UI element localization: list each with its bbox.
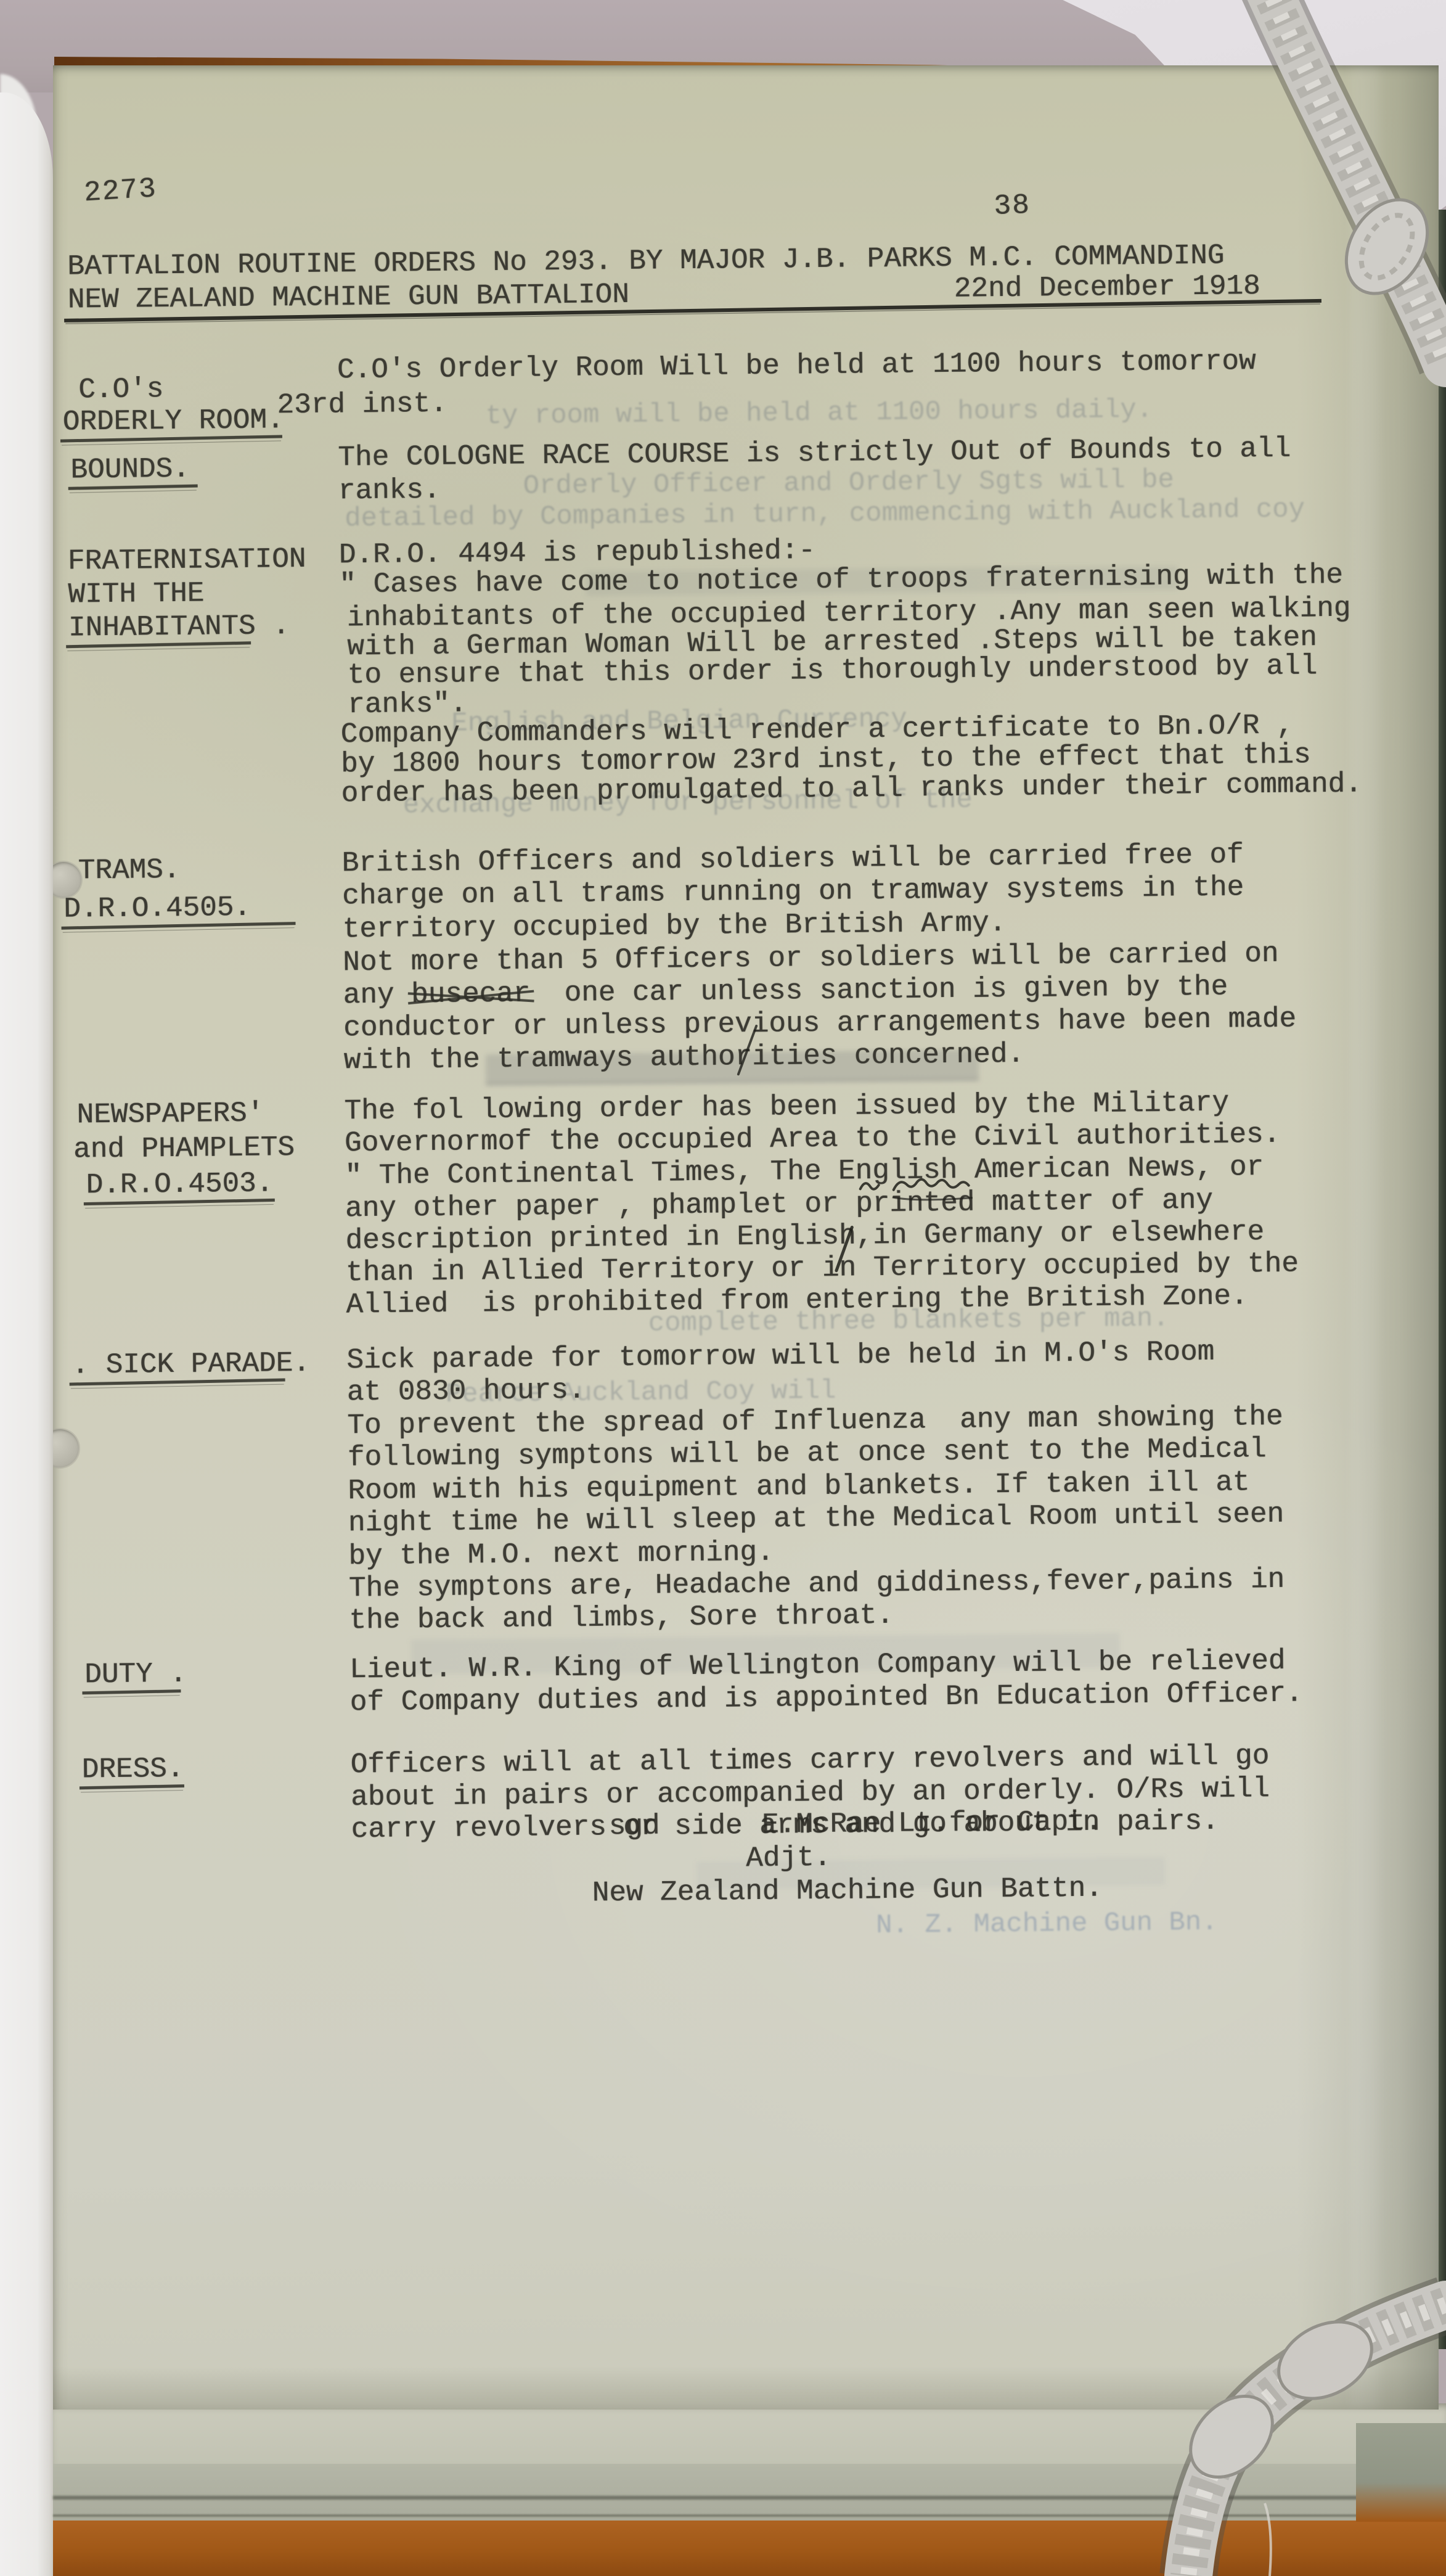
label-underline: [66, 641, 251, 648]
body-line-sick-parade: by the M.O. next morning.: [348, 1536, 774, 1573]
section-label-newspapers: D.R.O.4503.: [86, 1168, 273, 1202]
body-line-sick-parade: Sick parade for tomorrow will be held in…: [346, 1336, 1214, 1377]
body-line-sick-parade: the back and limbs, Sore throat.: [349, 1599, 894, 1636]
body-line-trams: territory occupied by the British Army.: [342, 907, 1006, 945]
wooden-table-corner: [1356, 2423, 1446, 2522]
struck-out-word: busecar: [411, 977, 531, 1011]
section-label-fraternisation: FRATERNISATION: [68, 543, 306, 578]
section-label-newspapers: and PHAMPLETS: [73, 1131, 295, 1165]
wooden-table: [53, 2521, 1446, 2576]
section-label-orderly-room: C.O's: [78, 373, 164, 406]
body-line-orderly-room: 23rd inst.: [277, 388, 447, 422]
page-stack-bottom-edge-2: [53, 2464, 1446, 2521]
label-underline: [60, 435, 282, 442]
body-line-orderly-room: C.O's Orderly Room Will be held at 1100 …: [337, 345, 1256, 386]
signature-unit: New Zealand Machine Gun Battn.: [592, 1873, 1103, 1909]
label-underline: [80, 1784, 184, 1789]
section-label-bounds: BOUNDS.: [70, 453, 190, 486]
ghost-line: N. Z. Machine Gun Bn.: [876, 1907, 1218, 1941]
section-label-newspapers: NEWSPAPERS': [76, 1097, 264, 1131]
body-line-sick-parade: at 0830 hours.: [347, 1374, 586, 1409]
ghost-line: ty room will be held at 1100 hours daily…: [485, 395, 1153, 432]
body-line-bounds: ranks.: [338, 474, 441, 507]
section-label-trams: D.R.O.4505.: [63, 892, 251, 925]
page-stack-bottom-edge: [53, 2403, 1446, 2464]
page-stack-seam: [53, 2496, 1446, 2500]
order-title-line2-unit: NEW ZEALAND MACHINE GUN BATTALION: [68, 279, 629, 316]
scanned-document-photo: { "palette": { "page": "#cfceba", "ink":…: [0, 0, 1446, 2576]
page-stack-seam: [53, 2514, 1446, 2517]
document-reference-number: 2273: [83, 173, 158, 209]
section-label-trams: TRAMS.: [78, 854, 180, 887]
section-label-dress: DRESS.: [81, 1753, 184, 1786]
order-sections: C.O'sORDERLY ROOM.C.O's Orderly Room Wil…: [53, 65, 1436, 67]
section-label-fraternisation: WITH THE: [68, 578, 204, 611]
label-underline: [62, 922, 296, 930]
signature-role: Adjt.: [746, 1842, 831, 1874]
label-underline: [82, 1689, 181, 1694]
order-title-date: 22nd December 1918: [954, 270, 1260, 305]
bleed-through-text-layer: ty room will be held at 1100 hours daily…: [53, 65, 1436, 67]
page-stack-left-edge: [0, 92, 53, 2576]
typewritten-content: ty room will be held at 1100 hours daily…: [53, 65, 1439, 2410]
signature-line: sgd E.McRae Lt.for Capt.: [608, 1806, 1102, 1843]
body-line-fraternisation: ranks".: [348, 687, 467, 721]
page-number: 38: [993, 189, 1031, 223]
body-line-trams: with the tramways authorities concerned.: [343, 1038, 1024, 1077]
section-label-fraternisation: INHABITANTS .: [68, 610, 290, 644]
label-underline: [68, 485, 198, 490]
ghost-line: detailed by Companies in turn, commencin…: [345, 494, 1305, 534]
section-label-sick-parade: . SICK PARADE.: [71, 1347, 310, 1382]
section-label-orderly-room: ORDERLY ROOM.: [62, 404, 284, 438]
document-page: ty room will be held at 1100 hours daily…: [53, 65, 1439, 2410]
label-underline: [84, 1199, 275, 1205]
label-underline: [70, 1379, 285, 1386]
section-label-duty: DUTY .: [84, 1658, 187, 1691]
